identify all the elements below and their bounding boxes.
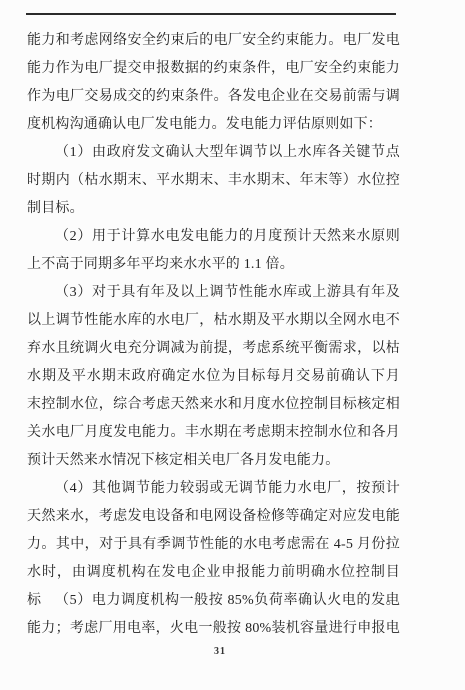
text-line: 能力作为电厂提交申报数据的约束条件，电厂安全约束能力 bbox=[27, 55, 400, 83]
text-line: （1）由政府发文确认大型年调节以上水库各关键节点 bbox=[27, 139, 400, 167]
text-line: （2）用于计算水电发电能力的月度预计天然来水原则 bbox=[27, 223, 400, 251]
text-line: 天然来水，考虑发电设备和电网设备检修等确定对应发电能 bbox=[27, 503, 400, 531]
text-line: 以上调节性能水库的水电厂，枯水期及平水期以全网水电不 bbox=[27, 307, 400, 335]
text-line: 力。其中，对于具有季调节性能的水电考虑需在 4-5 月份拉 bbox=[27, 531, 400, 559]
text-line: 能力和考虑网络安全约束后的电厂安全约束能力。电厂发电 bbox=[27, 27, 400, 55]
header-rule bbox=[26, 13, 396, 15]
text-line: 能力；考虑厂用电率，火电一般按 80%装机容量进行申报电 bbox=[27, 615, 400, 643]
document-page: 能力和考虑网络安全约束后的电厂安全约束能力。电厂发电 能力作为电厂提交申报数据的… bbox=[0, 0, 465, 690]
text-line: 末控制水位，综合考虑天然来水和月度水位控制目标核定相 bbox=[27, 391, 400, 419]
text-line: 制目标。 bbox=[27, 195, 400, 223]
text-line: 作为电厂交易成交的约束条件。各发电企业在交易前需与调 bbox=[27, 83, 400, 111]
text-line: 预计天然来水情况下核定相关电厂各月发电能力。 bbox=[27, 447, 400, 475]
body-text: 能力和考虑网络安全约束后的电厂安全约束能力。电厂发电 能力作为电厂提交申报数据的… bbox=[27, 27, 400, 643]
text-line: 时期内（枯水期末、平水期末、丰水期末、年末等）水位控 bbox=[27, 167, 400, 195]
text-line: 度机构沟通确认电厂发电能力。发电能力评估原则如下： bbox=[27, 111, 400, 139]
text-line: （3）对于具有年及以上调节性能水库或上游具有年及 bbox=[27, 279, 400, 307]
text-line: 水时，由调度机构在发电企业申报能力前明确水位控制目标。 bbox=[27, 559, 400, 587]
text-line: （4）其他调节能力较弱或无调节能力水电厂，按预计 bbox=[27, 475, 400, 503]
text-line: 弃水且统调火电充分调减为前提，考虑系统平衡需求，以枯 bbox=[27, 335, 400, 363]
page-number: 31 bbox=[0, 646, 440, 657]
text-line: 关水电厂月度发电能力。丰水期在考虑期末控制水位和各月 bbox=[27, 419, 400, 447]
text-line: （5）电力调度机构一般按 85%负荷率确认火电的发电 bbox=[27, 587, 400, 615]
text-line: 水期及平水期末政府确定水位为目标每月交易前确认下月 bbox=[27, 363, 400, 391]
text-line: 上不高于同期多年平均来水水平的 1.1 倍。 bbox=[27, 251, 400, 279]
